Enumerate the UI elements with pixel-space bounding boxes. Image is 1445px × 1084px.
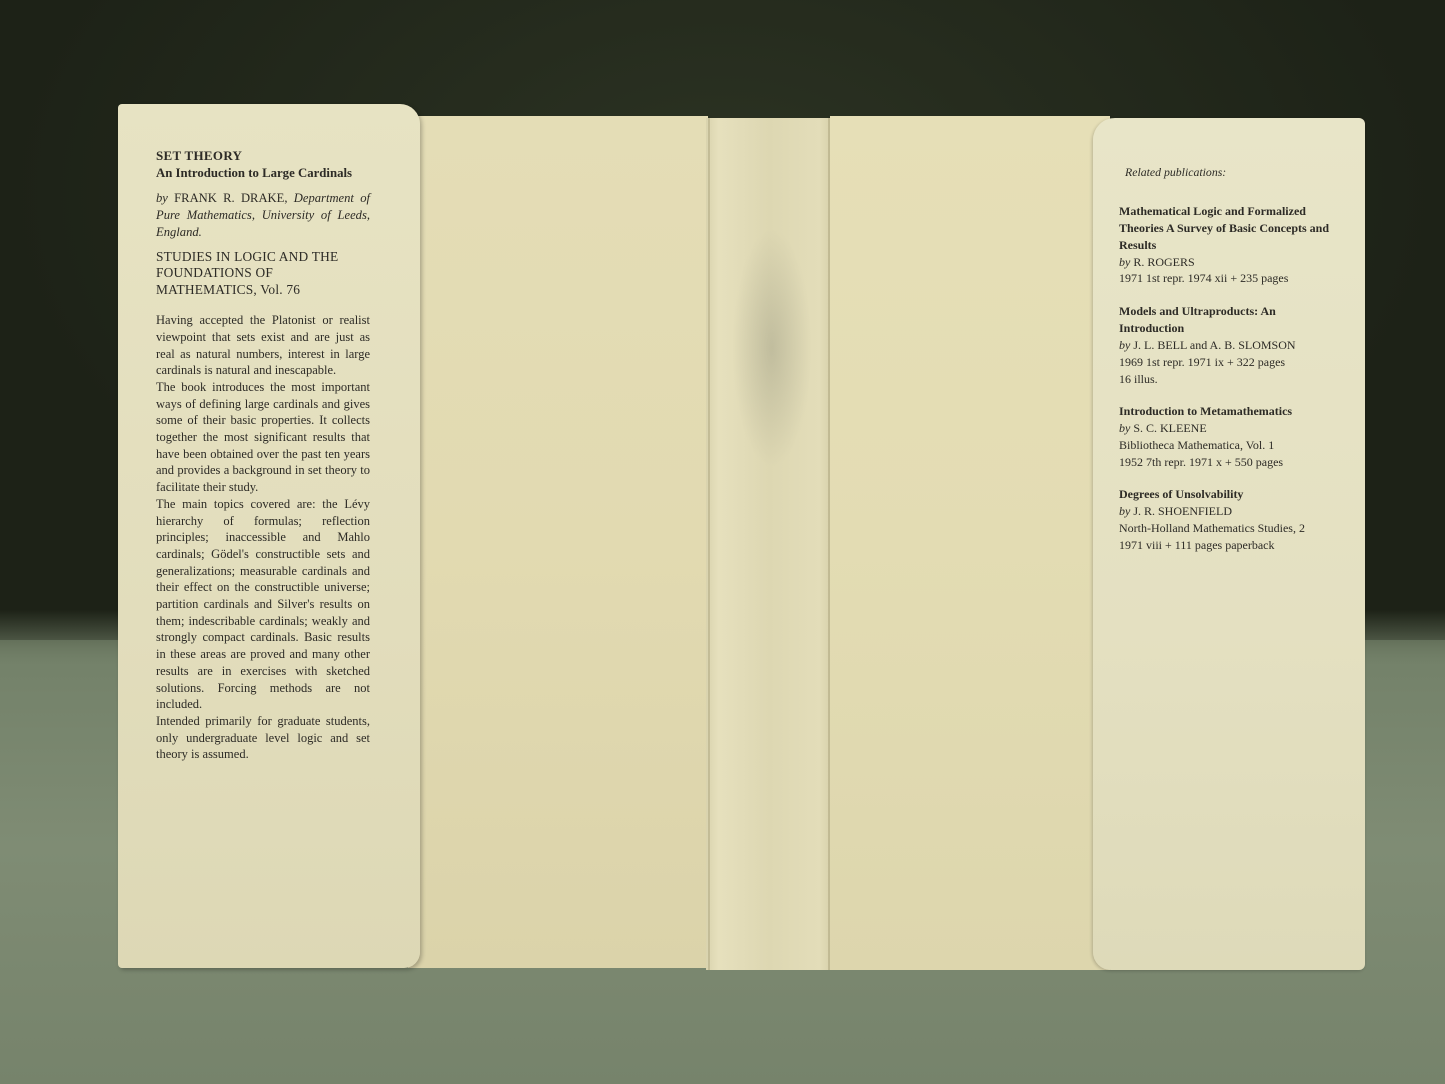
publication-details: 1952 7th repr. 1971 x + 550 pages bbox=[1119, 454, 1329, 471]
by-label: by bbox=[1119, 504, 1130, 518]
by-label: by bbox=[1119, 255, 1130, 269]
publication-title: Introduction to Metamathematics bbox=[1119, 403, 1329, 420]
by-label: by bbox=[1119, 421, 1130, 435]
right-flap: Related publications: Mathematical Logic… bbox=[1093, 118, 1365, 970]
publication-details: North-Holland Mathematics Studies, 2 bbox=[1119, 520, 1329, 537]
author-name: S. C. KLEENE bbox=[1133, 421, 1206, 435]
publication-details: Bibliotheca Mathematica, Vol. 1 bbox=[1119, 437, 1329, 454]
series-name: STUDIES IN LOGIC AND THE FOUNDATIONS OF … bbox=[156, 249, 370, 299]
blurb-paragraph: Having accepted the Platonist or realist… bbox=[156, 312, 370, 379]
publication-title: Degrees of Unsolvability bbox=[1119, 486, 1329, 503]
publication-details: 1969 1st repr. 1971 ix + 322 pages bbox=[1119, 354, 1329, 371]
publication-item: Models and Ultraproducts: An Introductio… bbox=[1119, 303, 1329, 387]
blurb-paragraph: The main topics covered are: the Lévy hi… bbox=[156, 496, 370, 713]
author-name: J. L. BELL and A. B. SLOMSON bbox=[1133, 338, 1295, 352]
publication-item: Introduction to Metamathematics by S. C.… bbox=[1119, 403, 1329, 470]
author-name: R. ROGERS bbox=[1133, 255, 1194, 269]
publication-author: by J. R. SHOENFIELD bbox=[1119, 503, 1329, 520]
by-label: by bbox=[1119, 338, 1130, 352]
publication-details: 1971 viii + 111 pages paperback bbox=[1119, 537, 1329, 554]
left-flap-text: SET THEORY An Introduction to Large Card… bbox=[156, 148, 370, 763]
publication-details: 16 illus. bbox=[1119, 371, 1329, 388]
spine-stain bbox=[732, 228, 812, 468]
book-title: SET THEORY bbox=[156, 148, 370, 165]
front-cover-panel bbox=[830, 116, 1110, 970]
blurb-paragraph: Intended primarily for graduate students… bbox=[156, 713, 370, 763]
book-subtitle: An Introduction to Large Cardinals bbox=[156, 165, 370, 182]
publication-title: Mathematical Logic and Formalized Theori… bbox=[1119, 203, 1329, 254]
publication-author: by J. L. BELL and A. B. SLOMSON bbox=[1119, 337, 1329, 354]
publication-details: 1971 1st repr. 1974 xii + 235 pages bbox=[1119, 270, 1329, 287]
spine-crease-left bbox=[708, 118, 710, 970]
blurb-paragraph: The book introduces the most important w… bbox=[156, 379, 370, 496]
by-label: by bbox=[156, 191, 168, 205]
spine-panel bbox=[706, 118, 832, 970]
dust-jacket: SET THEORY An Introduction to Large Card… bbox=[118, 104, 1366, 976]
publication-author: by S. C. KLEENE bbox=[1119, 420, 1329, 437]
right-flap-text: Related publications: Mathematical Logic… bbox=[1119, 164, 1329, 569]
back-cover-panel bbox=[408, 116, 708, 968]
author-line: by FRANK R. DRAKE, Department of Pure Ma… bbox=[156, 190, 370, 241]
related-publications-heading: Related publications: bbox=[1125, 164, 1329, 181]
left-flap: SET THEORY An Introduction to Large Card… bbox=[118, 104, 420, 968]
blurb: Having accepted the Platonist or realist… bbox=[156, 312, 370, 763]
publication-item: Mathematical Logic and Formalized Theori… bbox=[1119, 203, 1329, 287]
publication-author: by R. ROGERS bbox=[1119, 254, 1329, 271]
publication-title: Models and Ultraproducts: An Introductio… bbox=[1119, 303, 1329, 337]
publication-item: Degrees of Unsolvability by J. R. SHOENF… bbox=[1119, 486, 1329, 553]
author-name: J. R. SHOENFIELD bbox=[1133, 504, 1232, 518]
author-name: FRANK R. DRAKE, bbox=[174, 191, 287, 205]
